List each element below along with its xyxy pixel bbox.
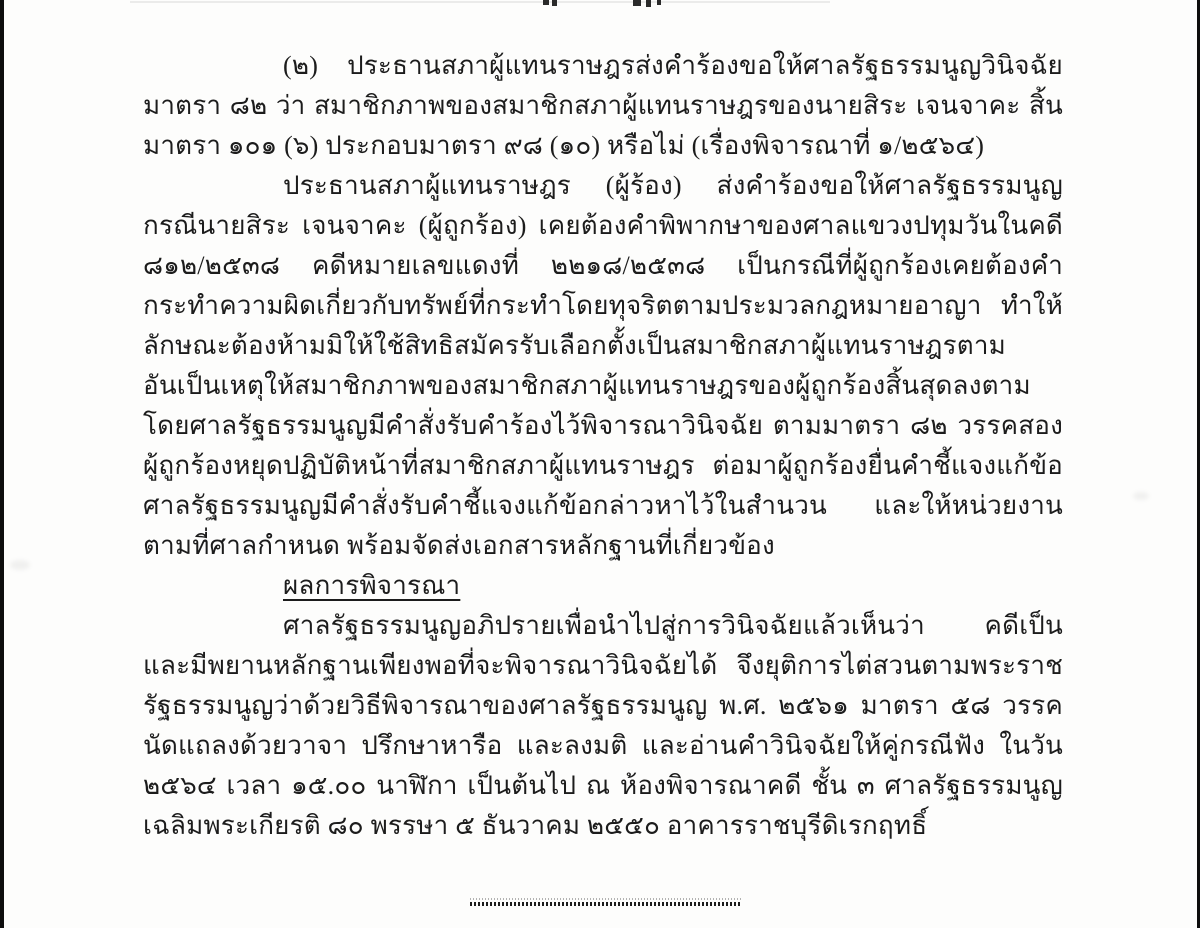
scan-artifact [657, 0, 661, 5]
document-line: ผู้ถูกร้องหยุดปฏิบัติหน้าที่สมาชิกสภาผู้… [143, 446, 1063, 486]
document-line: ศาลรัฐธรรมนูญมีคำสั่งรับคำชี้แจงแก้ข้อกล… [143, 486, 1063, 526]
scan-artifact [552, 0, 557, 6]
document-line: รัฐธรรมนูญว่าด้วยวิธีพิจารณาของศาลรัฐธรร… [143, 686, 1063, 726]
document-line: ประธานสภาผู้แทนราษฎร (ผู้ร้อง) ส่งคำร้อง… [143, 166, 1063, 206]
document-line: โดยศาลรัฐธรรมนูญมีคำสั่งรับคำร้องไว้พิจา… [143, 406, 1063, 446]
document-line: ศาลรัฐธรรมนูญอภิปรายเพื่อนำไปสู่การวินิจ… [143, 606, 1063, 646]
section-heading: ผลการพิจารณา [143, 566, 1063, 606]
scan-artifact [10, 560, 30, 570]
document-line: (๒) ประธานสภาผู้แทนราษฎรส่งคำร้องขอให้ศา… [143, 46, 1063, 86]
document-line: นัดแถลงด้วยวาจา ปรึกษาหารือ และลงมติ และ… [143, 726, 1063, 766]
document-line: มาตรา ๑๐๑ (๖) ประกอบมาตรา ๙๘ (๑๐) หรือไม… [143, 126, 1063, 166]
document-body: (๒) ประธานสภาผู้แทนราษฎรส่งคำร้องขอให้ศา… [143, 46, 1063, 846]
scan-artifact [633, 0, 641, 6]
scan-artifact [646, 0, 651, 7]
document-line: เฉลิมพระเกียรติ ๘๐ พรรษา ๕ ธันวาคม ๒๕๕๐ … [143, 806, 1063, 846]
document-line: ๘๑๒/๒๕๓๘ คดีหมายเลขแดงที่ ๒๒๑๘/๒๕๓๘ เป็น… [143, 246, 1063, 286]
document-line: ตามที่ศาลกำหนด พร้อมจัดส่งเอกสารหลักฐานท… [143, 526, 1063, 566]
end-separator-dotted-line [470, 898, 742, 907]
scan-artifact [543, 0, 549, 5]
scan-artifact [130, 1, 830, 3]
scan-artifact [1133, 492, 1149, 500]
document-line: อันเป็นเหตุให้สมาชิกภาพของสมาชิกสภาผู้แท… [143, 366, 1063, 406]
document-line: และมีพยานหลักฐานเพียงพอที่จะพิจารณาวินิจ… [143, 646, 1063, 686]
document-line: ลักษณะต้องห้ามมิให้ใช้สิทธิสมัครรับเลือก… [143, 326, 1063, 366]
scanned-document-page: (๒) ประธานสภาผู้แทนราษฎรส่งคำร้องขอให้ศา… [0, 0, 1200, 928]
document-line: กรณีนายสิระ เจนจาคะ (ผู้ถูกร้อง) เคยต้อง… [143, 206, 1063, 246]
document-line: มาตรา ๘๒ ว่า สมาชิกภาพของสมาชิกสภาผู้แทน… [143, 86, 1063, 126]
scan-edge-bar-left [0, 0, 4, 928]
document-line: กระทำความผิดเกี่ยวกับทรัพย์ที่กระทำโดยทุ… [143, 286, 1063, 326]
document-line: ๒๕๖๔ เวลา ๑๕.๐๐ นาฬิกา เป็นต้นไป ณ ห้องพ… [143, 766, 1063, 806]
